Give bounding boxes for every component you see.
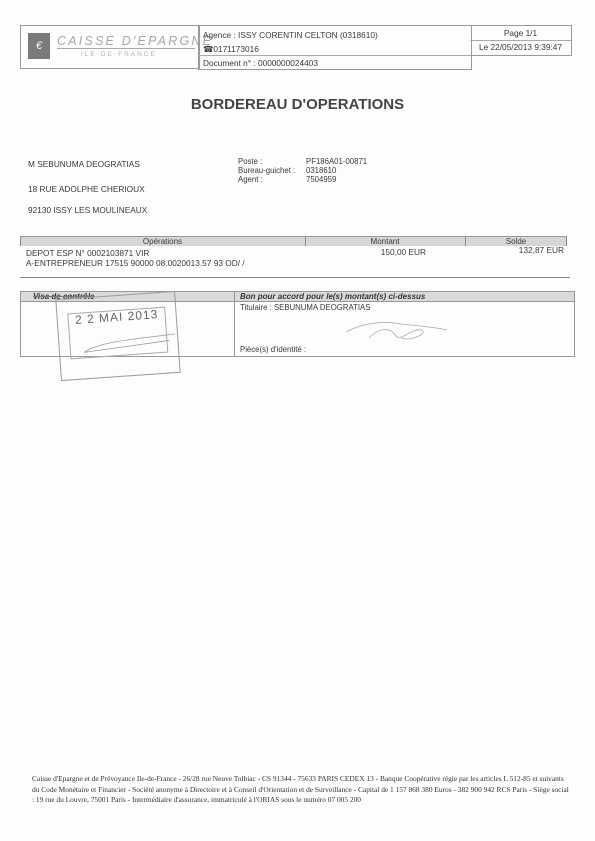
operation-line1: DEPOT ESP N° 0002103871 VIR [26, 248, 149, 258]
operation-solde: 132,87 EUR [490, 245, 564, 255]
operations-header: Opérations Montant Solde [20, 236, 567, 246]
signature-divider [234, 292, 235, 356]
bank-region: ILE-DE-FRANCE [81, 51, 157, 58]
bureau-label: Bureau-guichet : [238, 166, 295, 175]
agency-name: Agence : ISSY CORENTIN CELTON (0318610) [203, 30, 378, 40]
header-operations: Opérations [20, 237, 305, 246]
agency-phone: ☎0171173016 [203, 44, 259, 54]
document-number: Document n° : 0000000024403 [203, 58, 318, 68]
legal-footer: Caisse d'Epargne et de Prévoyance Ile-de… [32, 774, 572, 806]
page-title: BORDEREAU D'OPERATIONS [0, 96, 595, 113]
client-address-line2: 92130 ISSY LES MOULINEAUX [28, 205, 147, 215]
header-montant: Montant [305, 237, 465, 246]
bureau-value: 0318610 [306, 166, 336, 175]
titulaire: Titulaire : SEBUNUMA DEOGRATIAS [240, 303, 370, 312]
operation-line2: A-ENTREPRENEUR 17515 90000 08.0020013.57… [26, 258, 245, 268]
date-stamp: 2 2 MAI 2013 [55, 291, 180, 381]
logo-divider [57, 48, 195, 49]
print-date: Le 22/05/2013 9:39:47 [470, 42, 571, 52]
squirrel-logo-icon: € [28, 33, 50, 59]
column-divider [566, 237, 567, 246]
signature-scribble-icon [341, 318, 451, 346]
bank-name: CAISSE D'EPARGNE [57, 34, 213, 48]
bank-logo: € CAISSE D'EPARGNE ILE-DE-FRANCE [20, 25, 200, 69]
client-name: M SEBUNUMA DEOGRATIAS [28, 159, 140, 169]
page-date-box: Page 1/1 Le 22/05/2013 9:39:47 [470, 25, 572, 56]
agent-label: Agent : [238, 175, 263, 184]
agency-divider [199, 55, 471, 56]
accord-label: Bon pour accord pour le(s) montant(s) ci… [240, 292, 425, 301]
client-address-line1: 18 RUE ADOLPHE CHERIOUX [28, 184, 145, 194]
pieces-identite: Pièce(s) d'identité : [240, 345, 306, 354]
poste-value: PF186A01-00871 [306, 157, 367, 166]
agent-value: 7504959 [306, 175, 336, 184]
operation-montant: 150,00 EUR [360, 247, 426, 257]
poste-label: Poste : [238, 157, 262, 166]
page-number: Page 1/1 [470, 28, 571, 38]
page-divider [470, 40, 571, 41]
agency-box: Agence : ISSY CORENTIN CELTON (0318610) … [198, 25, 472, 70]
table-bottom-rule [20, 277, 570, 278]
